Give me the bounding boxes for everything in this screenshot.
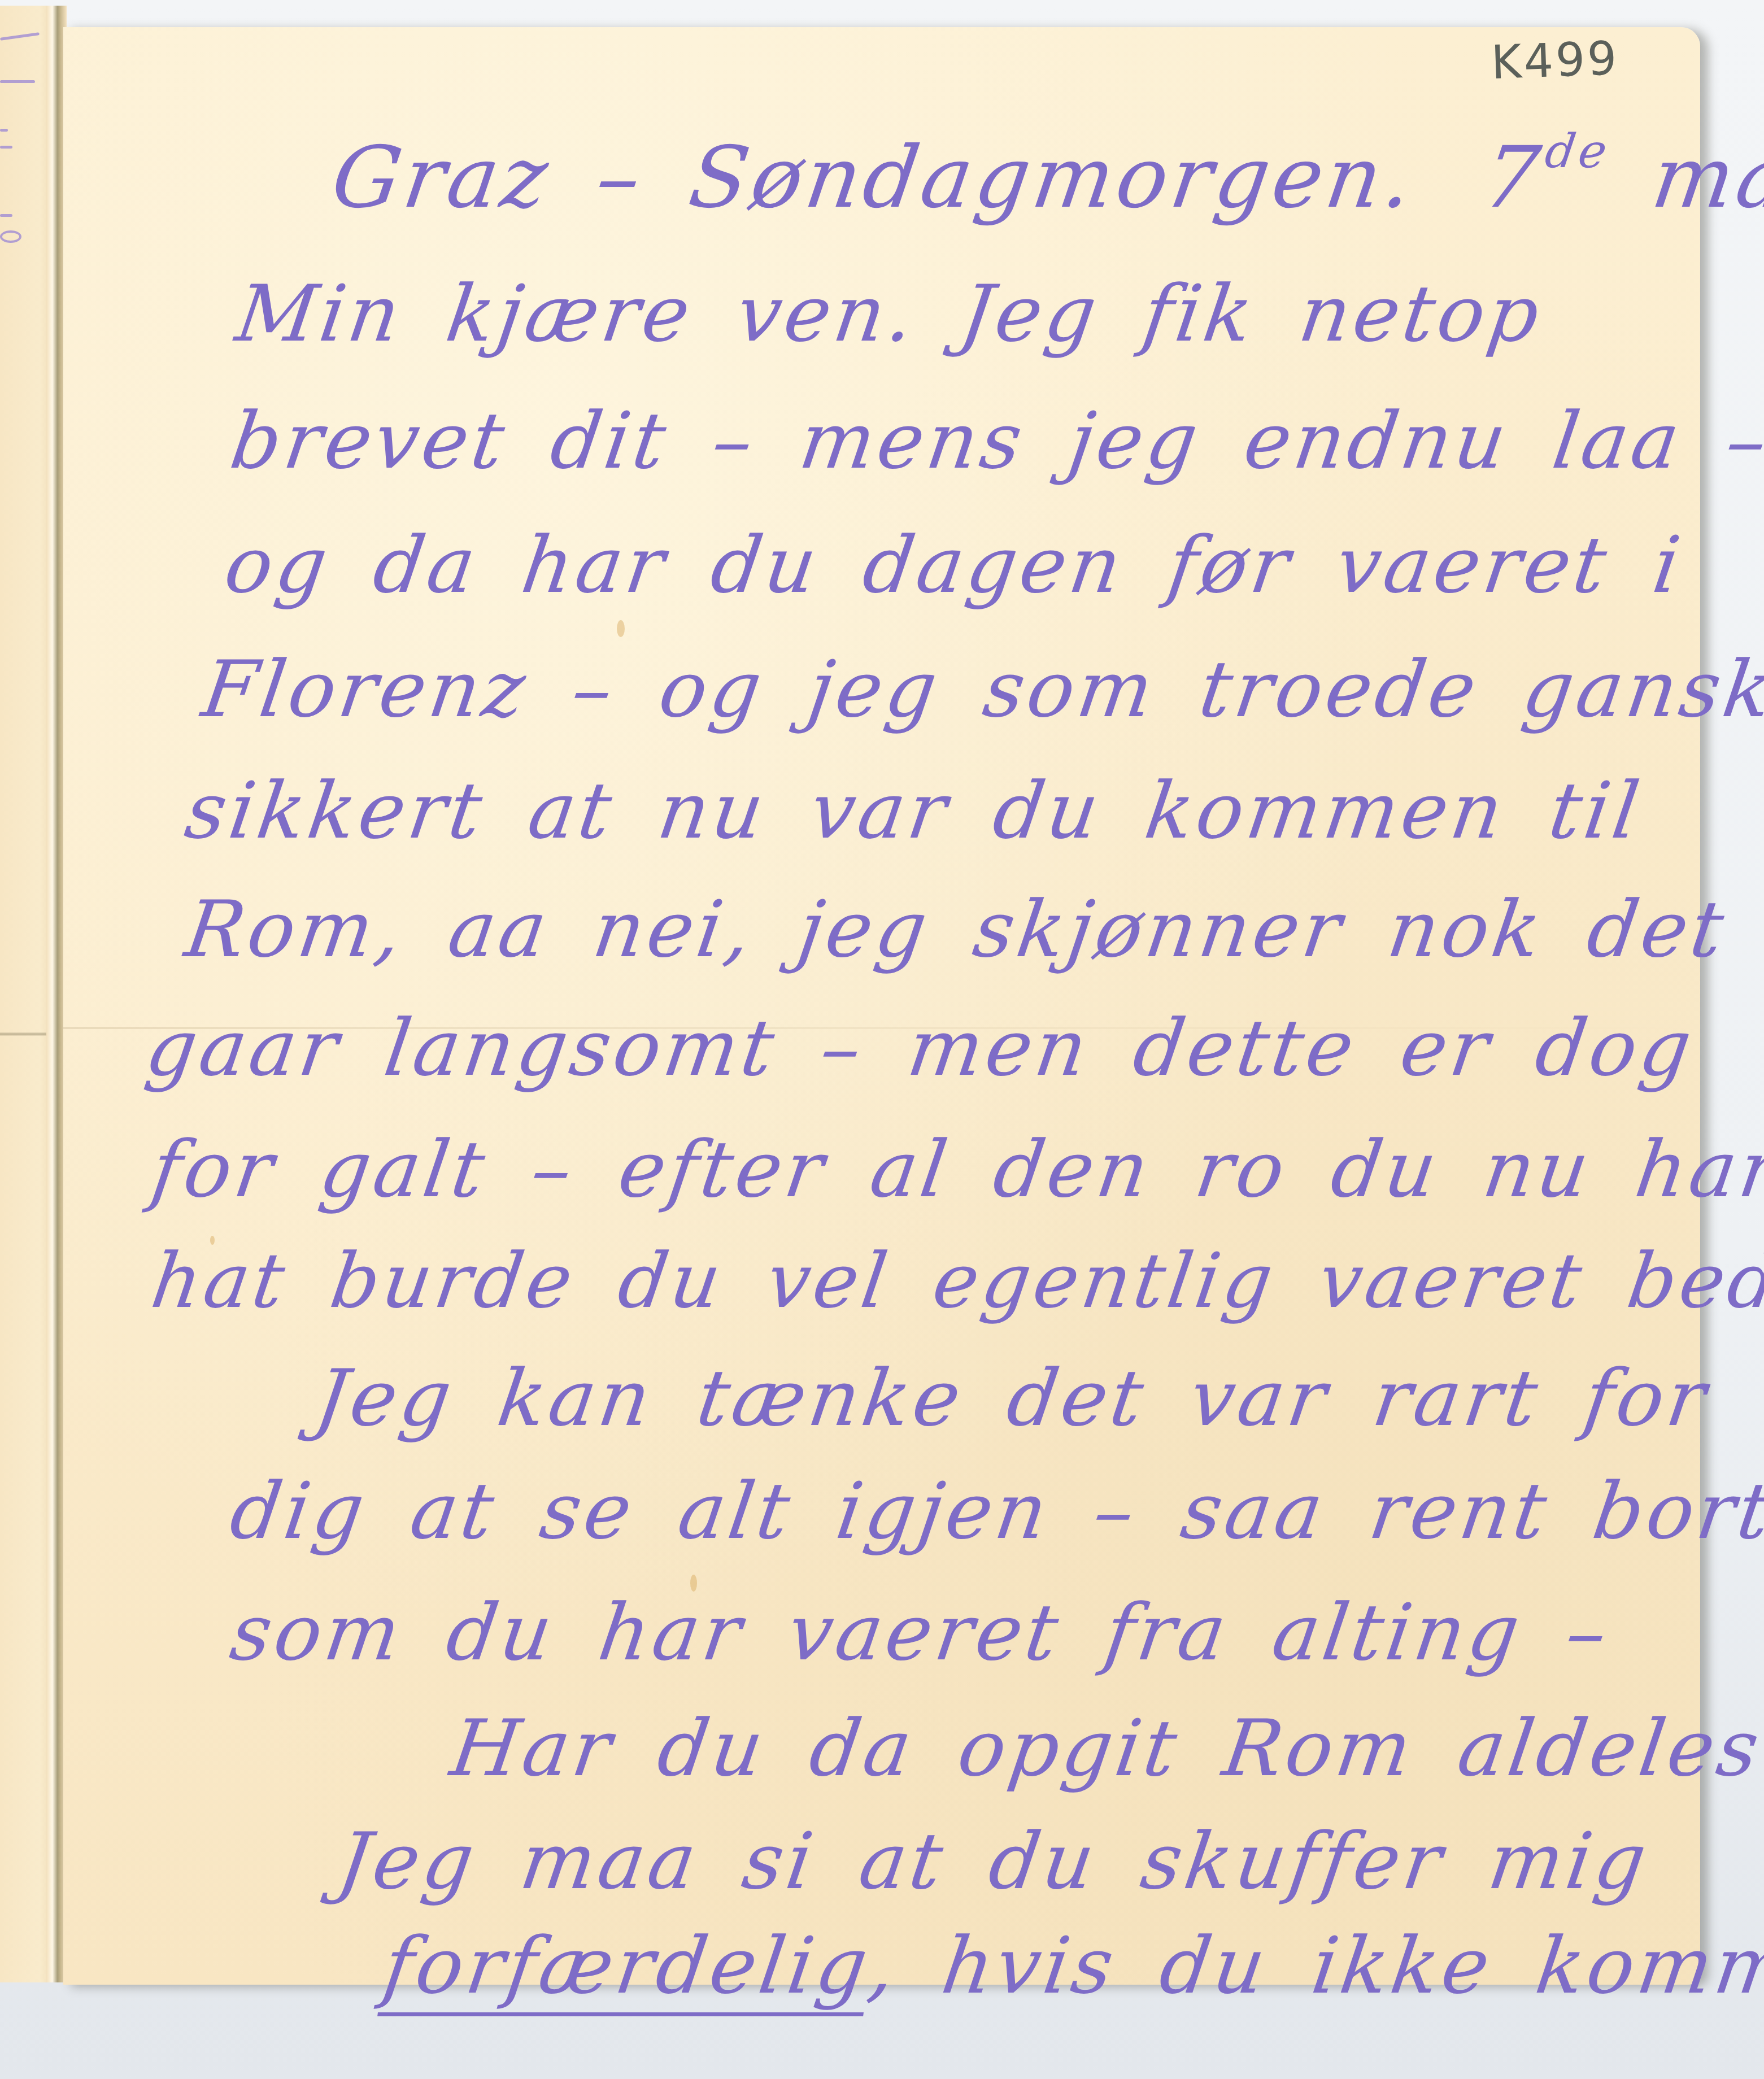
- ink-fragment: [0, 230, 21, 243]
- letter-line: brevet dit – mens jeg endnu laa –: [0, 395, 1764, 486]
- place-and-day: Graz – Søndagmorgen.: [326, 129, 1422, 227]
- letter-line: dig at se alt igjen – saa rent borte: [0, 1466, 1764, 1557]
- ink-fragment: [0, 32, 40, 41]
- underlined-word: forfærdelig: [377, 1920, 876, 2016]
- archive-catalog-number: K499: [1490, 32, 1619, 90]
- letter-heading: Graz – Søndagmorgen. 7de mai: [0, 124, 1764, 227]
- date-day: 7: [1478, 129, 1549, 227]
- letter-line: Rom, aa nei, jeg skjønner nok det: [0, 884, 1764, 975]
- letter-line: hat burde du vel egentlig vaeret bedre: [0, 1237, 1764, 1325]
- letter-line: for galt – efter al den ro du nu har: [0, 1124, 1764, 1215]
- date: 7de mai: [1478, 124, 1764, 227]
- letter-line: Jeg kan tænke det var rart for: [0, 1353, 1764, 1444]
- paper-stain: [617, 620, 625, 637]
- letter-line: forfærdelig, hvis du ikke kommer: [0, 1920, 1764, 2016]
- letter-line: Florenz – og jeg som troede ganske: [0, 644, 1764, 735]
- letter-line: sikkert at nu var du kommen til: [0, 765, 1764, 856]
- letter-line: Min kjære ven. Jeg fik netop: [0, 268, 1764, 359]
- letter-line: gaar langsomt – men dette er dog: [0, 1003, 1764, 1093]
- letter-line: Jeg maa si at du skuffer mig: [0, 1816, 1764, 1907]
- date-month: mai: [1646, 129, 1764, 227]
- letter-line: og da har du dagen før vaeret i: [0, 520, 1764, 611]
- letter-line: som du har vaeret fra alting –: [0, 1587, 1764, 1678]
- letter-line: Har du da opgit Rom aldeles?: [0, 1703, 1764, 1794]
- date-ordinal-suffix: de: [1541, 124, 1613, 178]
- ink-fragment: [0, 80, 35, 83]
